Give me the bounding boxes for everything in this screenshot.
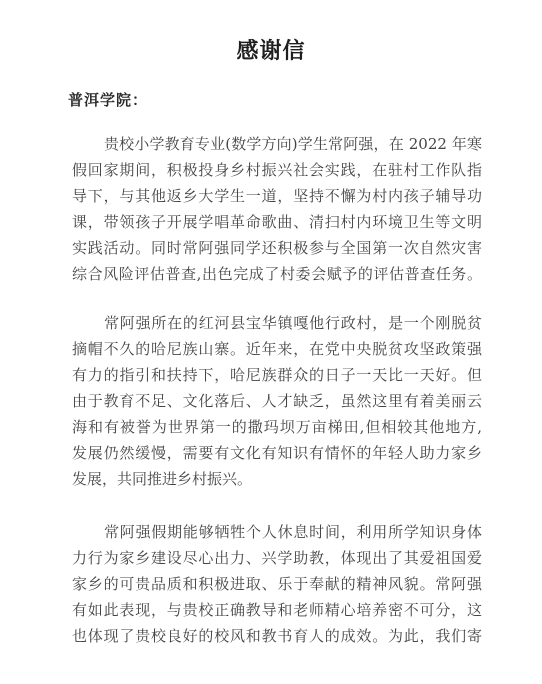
paragraph-3: 常阿强假期能够牺牲个人休息时间，利用所学知识身体 力行为家乡建设尽心出力、兴学助… (72, 519, 482, 649)
paragraph-line: 发展仍然缓慢，需要有文化有知识有情怀的年轻人助力家乡 (72, 440, 482, 466)
paragraph-line: 假回家期间，积极投身乡村振兴社会实践，在驻村工作队指 (72, 157, 482, 183)
paragraph-line: 家乡的可贵品质和积极进取、乐于奉献的精神风貌。常阿强 (72, 571, 482, 597)
paragraph-line: 常阿强所在的红河县宝华镇嘎他行政村，是一个刚脱贫 (72, 310, 482, 336)
salutation: 普洱学院： (68, 89, 148, 110)
paragraph-line: 综合风险评估普查,出色完成了村委会赋予的评估普查任务。 (72, 261, 482, 287)
letter-page: 感谢信 普洱学院： 贵校小学教育专业(数学方向)学生常阿强，在 2022 年寒 … (0, 0, 542, 684)
paragraph-1: 贵校小学教育专业(数学方向)学生常阿强，在 2022 年寒 假回家期间，积极投身… (72, 131, 482, 287)
paragraph-2: 常阿强所在的红河县宝华镇嘎他行政村，是一个刚脱贫 摘帽不久的哈尼族山寨。近年来，… (72, 310, 482, 492)
paragraph-line: 摘帽不久的哈尼族山寨。近年来，在党中央脱贫攻坚政策强 (72, 336, 482, 362)
paragraph-line: 课，带领孩子开展学唱革命歌曲、清扫村内环境卫生等文明 (72, 209, 482, 235)
paragraph-line: 海和有被誉为世界第一的撒玛坝万亩梯田,但相较其他地方, (72, 414, 482, 440)
paragraph-line: 常阿强假期能够牺牲个人休息时间，利用所学知识身体 (72, 519, 482, 545)
paragraph-line: 实践活动。同时常阿强同学还积极参与全国第一次自然灾害 (72, 235, 482, 261)
letter-title: 感谢信 (0, 34, 542, 65)
paragraph-line: 发展，共同推进乡村振兴。 (72, 466, 482, 492)
paragraph-line: 有力的指引和扶持下，哈尼族群众的日子一天比一天好。但 (72, 362, 482, 388)
paragraph-line: 导下，与其他返乡大学生一道，坚持不懈为村内孩子辅导功 (72, 183, 482, 209)
paragraph-line: 贵校小学教育专业(数学方向)学生常阿强，在 2022 年寒 (72, 131, 482, 157)
paragraph-line: 由于教育不足、文化落后、人才缺乏，虽然这里有着美丽云 (72, 388, 482, 414)
paragraph-line: 力行为家乡建设尽心出力、兴学助教，体现出了其爱祖国爱 (72, 545, 482, 571)
paragraph-line: 有如此表现，与贵校正确教导和老师精心培养密不可分，这 (72, 597, 482, 623)
paragraph-line: 也体现了贵校良好的校风和教书育人的成效。为此，我们寄 (72, 623, 482, 649)
